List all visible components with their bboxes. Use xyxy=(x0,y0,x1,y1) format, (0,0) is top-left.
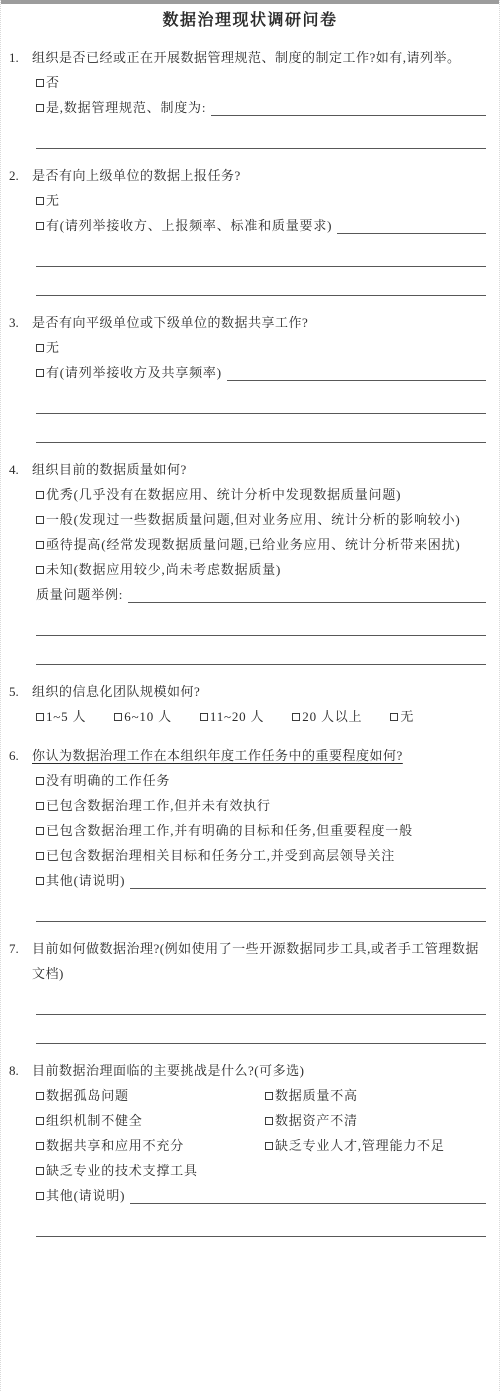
option-label: 6~10 人 xyxy=(124,704,172,729)
checkbox-option: 其他(请说明) xyxy=(36,868,486,893)
write-in-line[interactable] xyxy=(130,1187,486,1204)
checkbox-option: 数据共享和应用不充分 xyxy=(36,1133,265,1158)
option-label: 没有明确的工作任务 xyxy=(46,768,170,793)
checkbox-option: 未知(数据应用较少,尚未考虑数据质量) xyxy=(36,557,486,582)
question-number: 8. xyxy=(9,1058,32,1237)
checkbox-icon[interactable] xyxy=(36,516,44,524)
write-in-line[interactable] xyxy=(36,986,486,1015)
checkbox-option: 11~20 人 xyxy=(200,704,264,729)
checkbox-option: 已包含数据治理工作,并有明确的目标和任务,但重要程度一般 xyxy=(36,818,486,843)
checkbox-icon[interactable] xyxy=(36,852,44,860)
checkbox-option: 无 xyxy=(36,188,486,213)
question-number: 2. xyxy=(9,163,32,296)
question-body: 你认为数据治理工作在本组织年度工作任务中的重要程度如何?没有明确的工作任务已包含… xyxy=(32,743,486,922)
checkbox-icon[interactable] xyxy=(36,222,44,230)
option-label: 质量问题举例: xyxy=(36,582,123,607)
write-in-line[interactable] xyxy=(36,893,486,922)
option-label: 无 xyxy=(46,335,60,360)
question-body: 组织目前的数据质量如何?优秀(几乎没有在数据应用、统计分析中发现数据质量问题)一… xyxy=(32,457,486,665)
checkbox-icon[interactable] xyxy=(36,777,44,785)
checkbox-icon[interactable] xyxy=(265,1117,273,1125)
checkbox-icon[interactable] xyxy=(390,713,398,721)
question-body: 目前如何做数据治理?(例如使用了一些开源数据同步工具,或者手工管理数据文档) xyxy=(32,936,486,1044)
question-text: 目前如何做数据治理?(例如使用了一些开源数据同步工具,或者手工管理数据文档) xyxy=(32,936,486,986)
checkbox-option: 已包含数据治理相关目标和任务分工,并受到高层领导关注 xyxy=(36,843,486,868)
write-in-line[interactable] xyxy=(36,607,486,636)
question: 5.组织的信息化团队规模如何?1~5 人6~10 人11~20 人20 人以上无 xyxy=(9,679,486,729)
checkbox-icon[interactable] xyxy=(265,1142,273,1150)
option-label: 无 xyxy=(46,188,60,213)
checkbox-icon[interactable] xyxy=(36,827,44,835)
option-label: 否 xyxy=(46,70,60,95)
question-number: 7. xyxy=(9,936,32,1044)
write-in-line[interactable] xyxy=(36,1015,486,1044)
option-label: 无 xyxy=(400,704,414,729)
option-label: 数据质量不高 xyxy=(275,1083,358,1108)
question: 6.你认为数据治理工作在本组织年度工作任务中的重要程度如何?没有明确的工作任务已… xyxy=(9,743,486,922)
checkbox-icon[interactable] xyxy=(36,877,44,885)
option-label: 未知(数据应用较少,尚未考虑数据质量) xyxy=(46,557,281,582)
question: 1.组织是否已经或正在开展数据管理规范、制度的制定工作?如有,请列举。否是,数据… xyxy=(9,45,486,149)
question-number: 3. xyxy=(9,310,32,443)
checkbox-option: 1~5 人 xyxy=(36,704,86,729)
page-top-edge xyxy=(1,0,499,4)
checkbox-icon[interactable] xyxy=(36,369,44,377)
checkbox-option: 数据孤岛问题 xyxy=(36,1083,265,1108)
checkbox-option: 无 xyxy=(390,704,414,729)
question-number: 5. xyxy=(9,679,32,729)
option-label: 20 人以上 xyxy=(302,704,362,729)
write-in-line[interactable] xyxy=(36,1208,486,1237)
write-in-line[interactable] xyxy=(36,267,486,296)
option-label: 缺乏专业的技术支撑工具 xyxy=(46,1158,198,1183)
option-label: 已包含数据治理工作,并有明确的目标和任务,但重要程度一般 xyxy=(46,818,413,843)
checkbox-icon[interactable] xyxy=(36,802,44,810)
checkbox-icon[interactable] xyxy=(36,713,44,721)
question: 2.是否有向上级单位的数据上报任务?无有(请列举接收方、上报频率、标准和质量要求… xyxy=(9,163,486,296)
option-label: 有(请列举接收方及共享频率) xyxy=(46,360,222,385)
question-text: 目前数据治理面临的主要挑战是什么?(可多选) xyxy=(32,1058,486,1083)
fill-label: 质量问题举例: xyxy=(36,582,486,607)
question-body: 组织是否已经或正在开展数据管理规范、制度的制定工作?如有,请列举。否是,数据管理… xyxy=(32,45,486,149)
checkbox-option: 数据质量不高 xyxy=(265,1083,486,1108)
question-body: 组织的信息化团队规模如何?1~5 人6~10 人11~20 人20 人以上无 xyxy=(32,679,486,729)
option-label: 缺乏专业人才,管理能力不足 xyxy=(275,1133,445,1158)
checkbox-option: 没有明确的工作任务 xyxy=(36,768,486,793)
checkbox-option: 无 xyxy=(36,335,486,360)
checkbox-icon[interactable] xyxy=(200,713,208,721)
checkbox-icon[interactable] xyxy=(36,104,44,112)
option-label: 亟待提高(经常发现数据质量问题,已给业务应用、统计分析带来困扰) xyxy=(46,532,461,557)
checkbox-icon[interactable] xyxy=(292,713,300,721)
question-number: 4. xyxy=(9,457,32,665)
checkbox-option: 一般(发现过一些数据质量问题,但对业务应用、统计分析的影响较小) xyxy=(36,507,486,532)
option-label: 其他(请说明) xyxy=(46,1183,125,1208)
checkbox-icon[interactable] xyxy=(265,1092,273,1100)
write-in-line[interactable] xyxy=(337,217,486,234)
write-in-line[interactable] xyxy=(36,120,486,149)
checkbox-icon[interactable] xyxy=(36,541,44,549)
option-label: 数据孤岛问题 xyxy=(46,1083,129,1108)
checkbox-option: 缺乏专业的技术支撑工具 xyxy=(36,1158,265,1183)
question-body: 是否有向上级单位的数据上报任务?无有(请列举接收方、上报频率、标准和质量要求) xyxy=(32,163,486,296)
checkbox-option: 其他(请说明) xyxy=(36,1183,486,1208)
option-label: 一般(发现过一些数据质量问题,但对业务应用、统计分析的影响较小) xyxy=(46,507,461,532)
checkbox-option: 是,数据管理规范、制度为: xyxy=(36,95,486,120)
checkbox-option: 6~10 人 xyxy=(114,704,172,729)
inline-options: 1~5 人6~10 人11~20 人20 人以上无 xyxy=(36,704,486,729)
checkbox-option: 有(请列举接收方、上报频率、标准和质量要求) xyxy=(36,213,486,238)
option-label: 数据共享和应用不充分 xyxy=(46,1133,184,1158)
write-in-line[interactable] xyxy=(128,586,486,603)
question-text: 组织的信息化团队规模如何? xyxy=(32,679,486,704)
question-text: 组织是否已经或正在开展数据管理规范、制度的制定工作?如有,请列举。 xyxy=(32,45,486,70)
checkbox-icon[interactable] xyxy=(36,566,44,574)
write-in-line[interactable] xyxy=(36,238,486,267)
option-label: 11~20 人 xyxy=(210,704,264,729)
checkbox-icon[interactable] xyxy=(36,1167,44,1175)
option-label: 是,数据管理规范、制度为: xyxy=(46,95,206,120)
question-number: 1. xyxy=(9,45,32,149)
checkbox-icon[interactable] xyxy=(36,197,44,205)
question: 4.组织目前的数据质量如何?优秀(几乎没有在数据应用、统计分析中发现数据质量问题… xyxy=(9,457,486,665)
question-body: 目前数据治理面临的主要挑战是什么?(可多选)数据孤岛问题数据质量不高组织机制不健… xyxy=(32,1058,486,1237)
page-title: 数据治理现状调研问卷 xyxy=(1,12,499,30)
question-text: 组织目前的数据质量如何? xyxy=(32,457,486,482)
checkbox-icon[interactable] xyxy=(36,1192,44,1200)
question-text: 你认为数据治理工作在本组织年度工作任务中的重要程度如何? xyxy=(32,743,486,768)
checkbox-option: 否 xyxy=(36,70,486,95)
checkbox-icon[interactable] xyxy=(36,344,44,352)
question-text: 是否有向上级单位的数据上报任务? xyxy=(32,163,486,188)
write-in-line[interactable] xyxy=(36,636,486,665)
write-in-line[interactable] xyxy=(130,872,486,889)
option-label: 优秀(几乎没有在数据应用、统计分析中发现数据质量问题) xyxy=(46,482,401,507)
checkbox-icon[interactable] xyxy=(36,1142,44,1150)
questionnaire-page: 数据治理现状调研问卷 1.组织是否已经或正在开展数据管理规范、制度的制定工作?如… xyxy=(0,0,500,1391)
checkbox-option: 优秀(几乎没有在数据应用、统计分析中发现数据质量问题) xyxy=(36,482,486,507)
checkbox-icon[interactable] xyxy=(36,1117,44,1125)
option-label: 已包含数据治理相关目标和任务分工,并受到高层领导关注 xyxy=(46,843,395,868)
options-grid: 数据孤岛问题数据质量不高组织机制不健全数据资产不清数据共享和应用不充分缺乏专业人… xyxy=(36,1083,486,1183)
write-in-line[interactable] xyxy=(211,99,486,116)
checkbox-option: 数据资产不清 xyxy=(265,1108,486,1133)
write-in-line[interactable] xyxy=(36,385,486,414)
checkbox-icon[interactable] xyxy=(36,491,44,499)
checkbox-option: 组织机制不健全 xyxy=(36,1108,265,1133)
checkbox-icon[interactable] xyxy=(114,713,122,721)
checkbox-option: 有(请列举接收方及共享频率) xyxy=(36,360,486,385)
option-label: 1~5 人 xyxy=(46,704,86,729)
question: 8.目前数据治理面临的主要挑战是什么?(可多选)数据孤岛问题数据质量不高组织机制… xyxy=(9,1058,486,1237)
checkbox-option: 20 人以上 xyxy=(292,704,362,729)
checkbox-option: 已包含数据治理工作,但并未有效执行 xyxy=(36,793,486,818)
write-in-line[interactable] xyxy=(36,414,486,443)
question: 3.是否有向平级单位或下级单位的数据共享工作?无有(请列举接收方及共享频率) xyxy=(9,310,486,443)
option-label: 数据资产不清 xyxy=(275,1108,358,1133)
checkbox-option: 亟待提高(经常发现数据质量问题,已给业务应用、统计分析带来困扰) xyxy=(36,532,486,557)
question: 7.目前如何做数据治理?(例如使用了一些开源数据同步工具,或者手工管理数据文档) xyxy=(9,936,486,1044)
checkbox-option: 缺乏专业人才,管理能力不足 xyxy=(265,1133,486,1158)
question-list: 1.组织是否已经或正在开展数据管理规范、制度的制定工作?如有,请列举。否是,数据… xyxy=(1,45,499,1237)
option-label: 有(请列举接收方、上报频率、标准和质量要求) xyxy=(46,213,332,238)
checkbox-icon[interactable] xyxy=(36,1092,44,1100)
checkbox-icon[interactable] xyxy=(36,79,44,87)
option-label: 其他(请说明) xyxy=(46,868,125,893)
question-number: 6. xyxy=(9,743,32,922)
option-label: 组织机制不健全 xyxy=(46,1108,143,1133)
write-in-line[interactable] xyxy=(227,364,486,381)
option-label: 已包含数据治理工作,但并未有效执行 xyxy=(46,793,271,818)
question-text: 是否有向平级单位或下级单位的数据共享工作? xyxy=(32,310,486,335)
question-body: 是否有向平级单位或下级单位的数据共享工作?无有(请列举接收方及共享频率) xyxy=(32,310,486,443)
